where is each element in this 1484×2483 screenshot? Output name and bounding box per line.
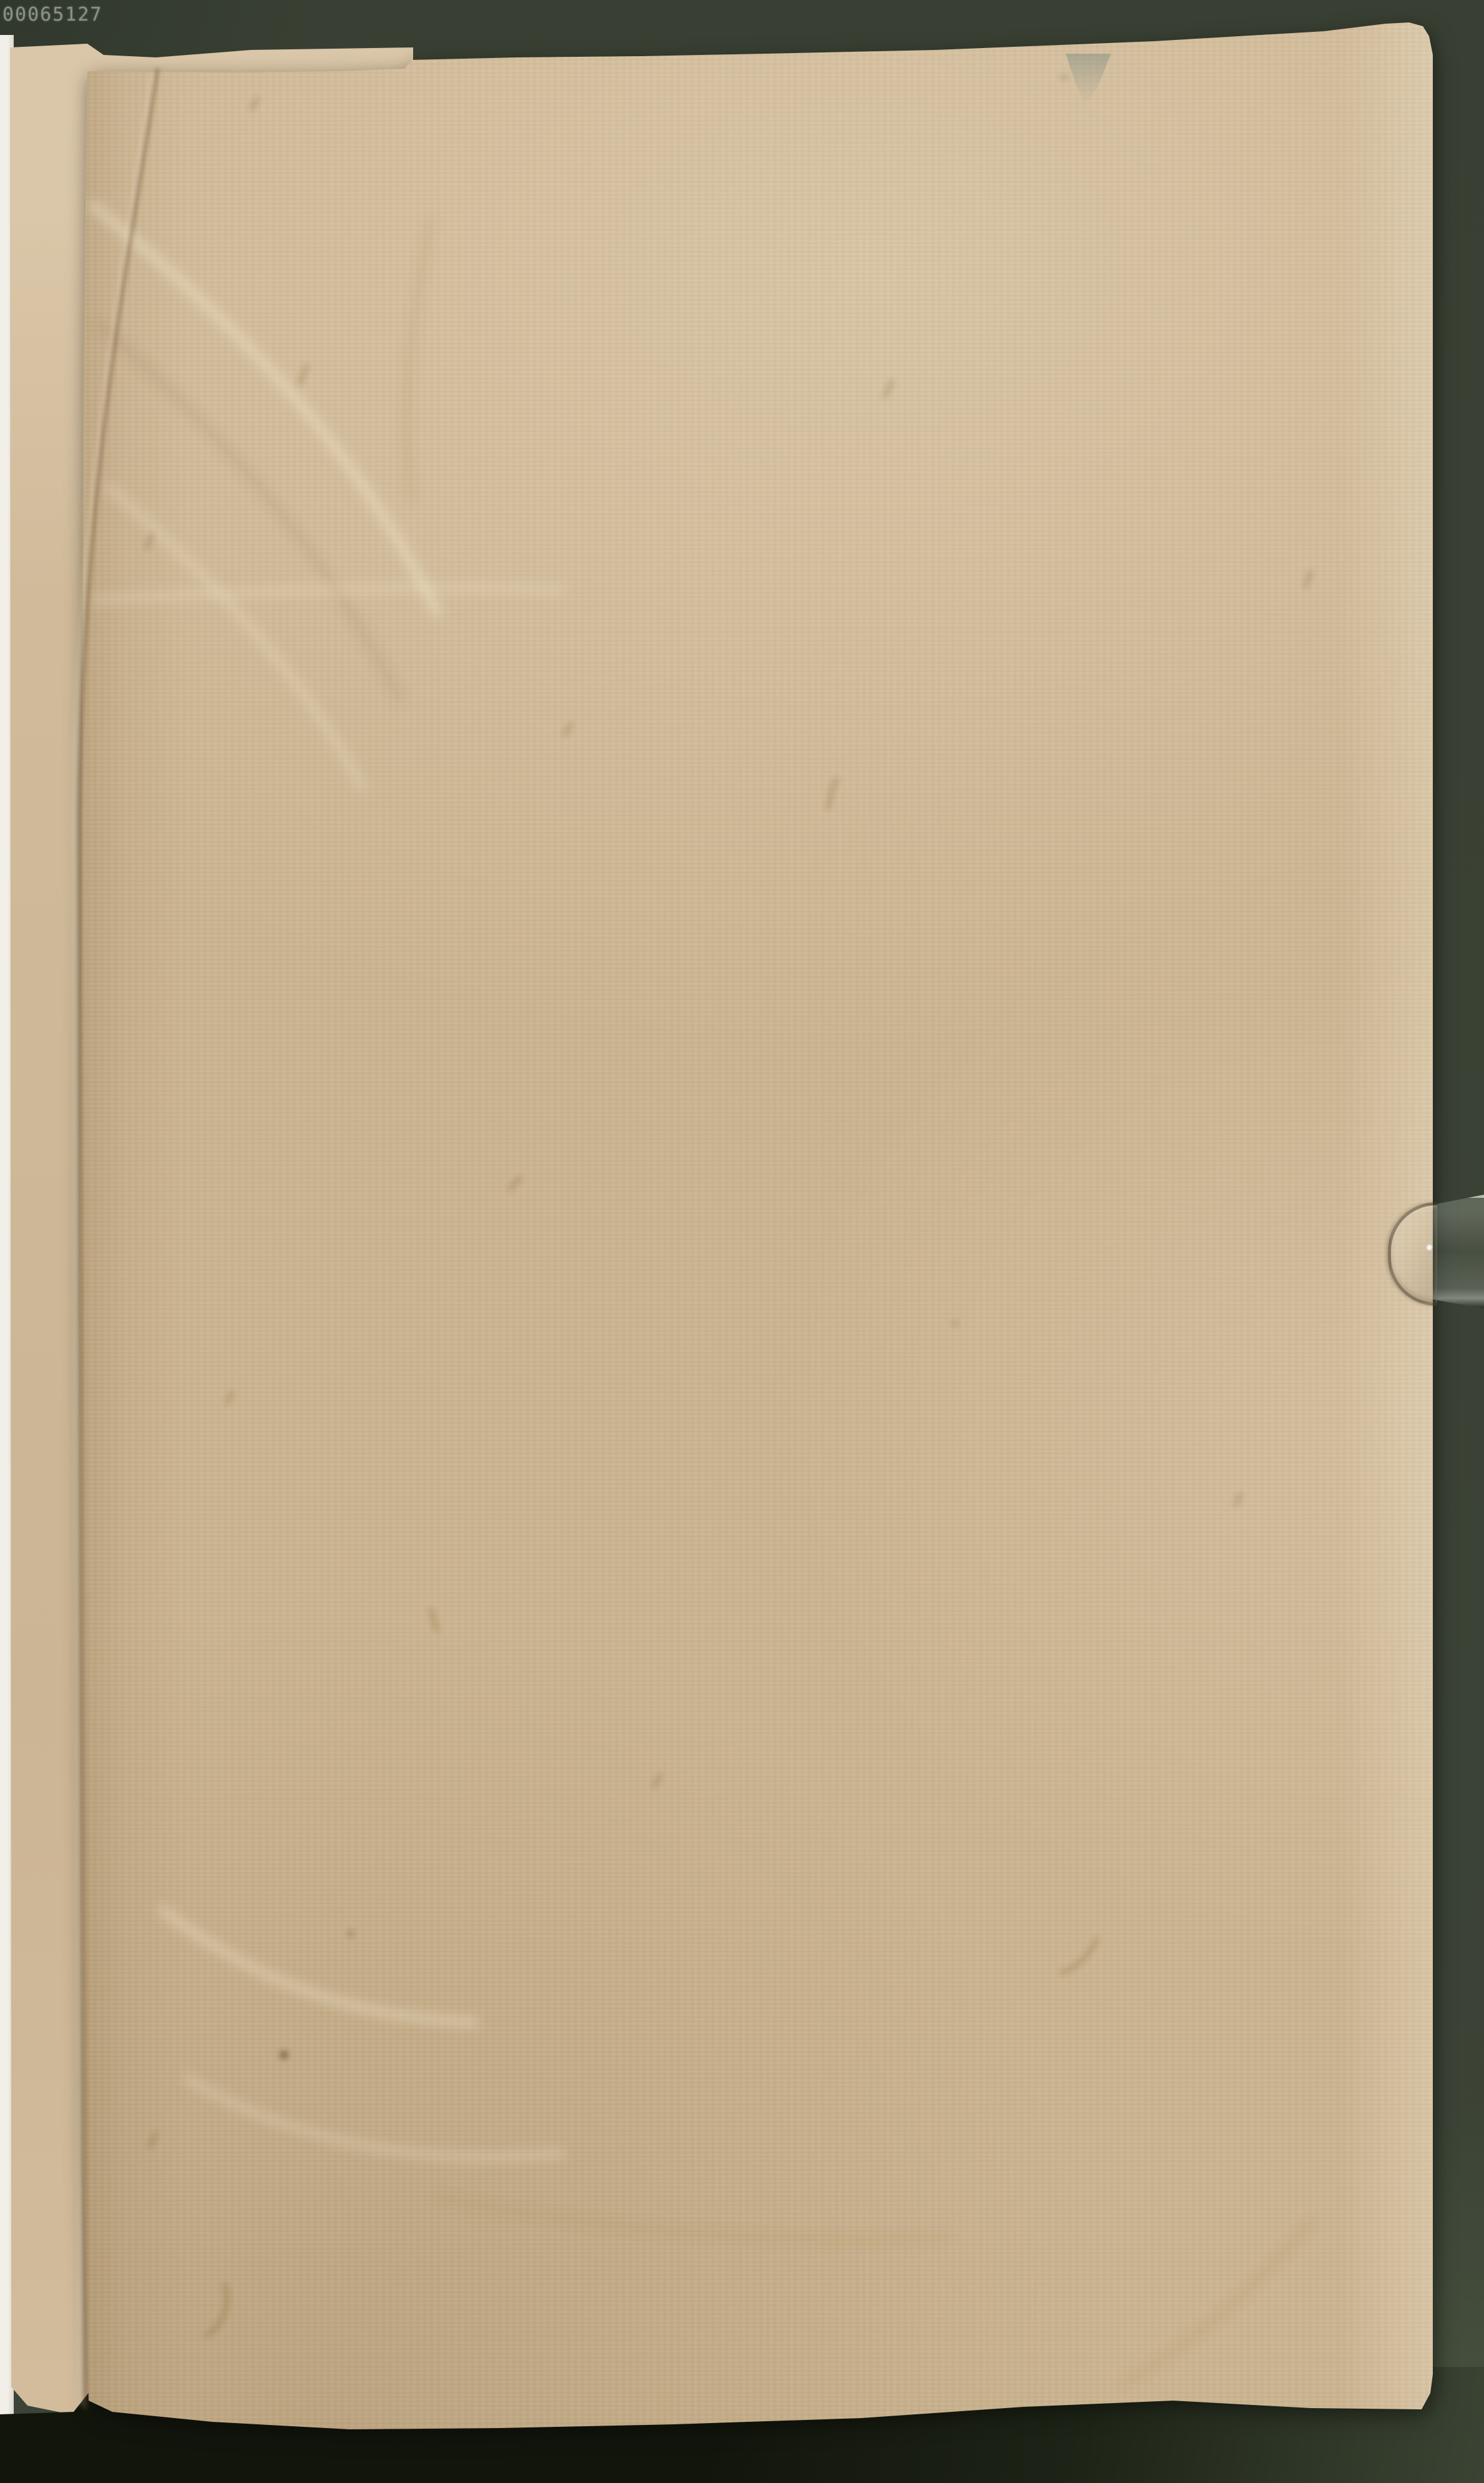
book-page xyxy=(80,21,1434,2433)
serial-number-watermark: 00065127 xyxy=(2,4,103,26)
page-holder-arm xyxy=(1433,1195,1484,1308)
book-scan-scene: 00065127 xyxy=(0,0,1484,2483)
paper-texture xyxy=(80,21,1434,2433)
book-page-wrap xyxy=(80,21,1434,2433)
clip-highlight-icon xyxy=(1427,1245,1432,1250)
